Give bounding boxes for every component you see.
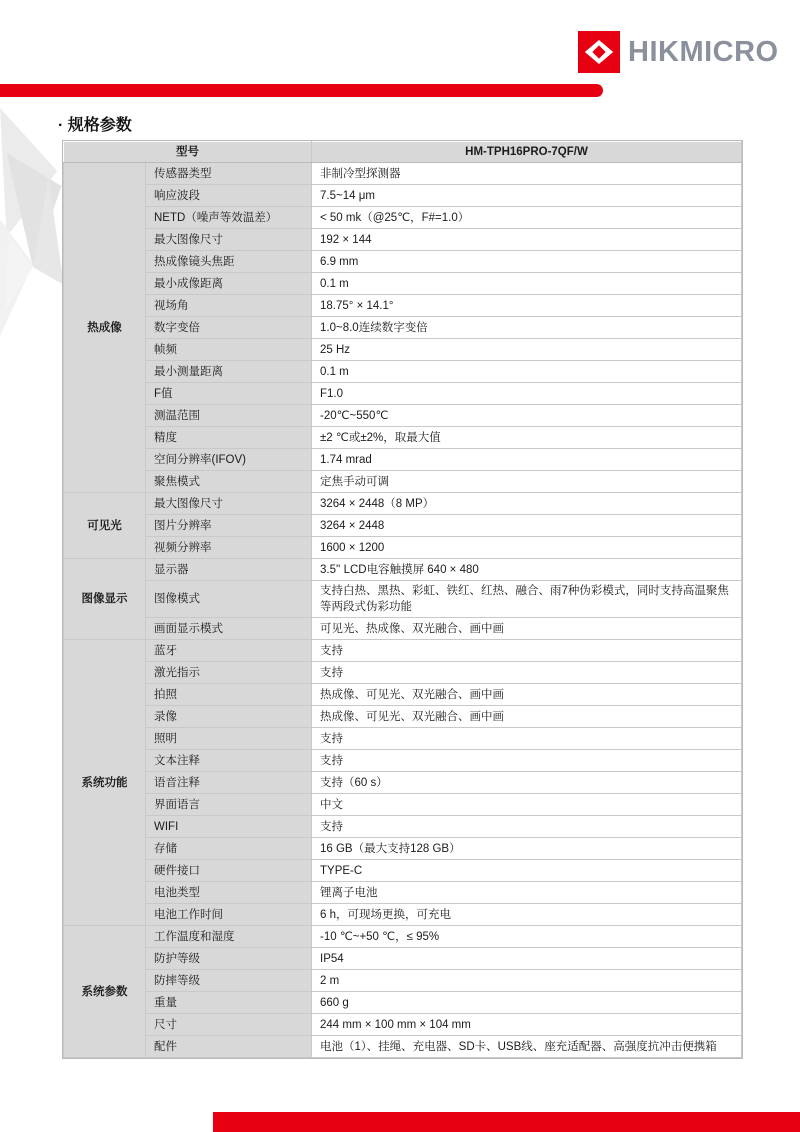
param-label-cell: 最小成像距离	[146, 273, 312, 295]
param-label-cell: 数字变倍	[146, 317, 312, 339]
param-value-cell: 中文	[312, 794, 742, 816]
spec-row: 照明支持	[64, 728, 742, 750]
header-red-bar	[0, 84, 603, 97]
spec-row: 图像显示显示器3.5'' LCD电容触摸屏 640 × 480	[64, 559, 742, 581]
param-value-cell: 25 Hz	[312, 339, 742, 361]
category-cell: 图像显示	[64, 559, 146, 640]
param-value-cell: 支持	[312, 816, 742, 838]
spec-row: 重量660 g	[64, 992, 742, 1014]
model-header-label: 型号	[64, 142, 312, 163]
param-value-cell: 2 m	[312, 970, 742, 992]
spec-table: 型号 HM-TPH16PRO-7QF/W 热成像传感器类型非制冷型探测器响应波段…	[63, 141, 742, 1058]
param-label-cell: 图像模式	[146, 581, 312, 618]
section-title: · 规格参数	[58, 112, 132, 135]
param-value-cell: 可见光、热成像、双光融合、画中画	[312, 618, 742, 640]
param-value-cell: IP54	[312, 948, 742, 970]
param-label-cell: WIFI	[146, 816, 312, 838]
param-label-cell: 视场角	[146, 295, 312, 317]
param-value-cell: 支持	[312, 750, 742, 772]
category-cell: 系统参数	[64, 926, 146, 1058]
spec-row: 激光指示支持	[64, 662, 742, 684]
hikmicro-eye-icon	[578, 31, 620, 73]
spec-row: 图像模式支持白热、黑热、彩虹、铁红、红热、融合、雨7种伪彩模式，同时支持高温聚焦…	[64, 581, 742, 618]
param-value-cell: 3264 × 2448	[312, 515, 742, 537]
spec-row: 聚焦模式定焦手动可调	[64, 471, 742, 493]
param-label-cell: 重量	[146, 992, 312, 1014]
param-value-cell: 定焦手动可调	[312, 471, 742, 493]
spec-sheet-page: HIKMICRO · 规格参数 型号 HM-TPH16PRO-7QF/W 热成像…	[0, 0, 800, 1132]
param-label-cell: 防摔等级	[146, 970, 312, 992]
table-header-row: 型号 HM-TPH16PRO-7QF/W	[64, 142, 742, 163]
param-label-cell: 精度	[146, 427, 312, 449]
param-value-cell: ±2 ℃或±2%，取最大值	[312, 427, 742, 449]
spec-row: WIFI支持	[64, 816, 742, 838]
spec-row: 可见光最大图像尺寸3264 × 2448（8 MP）	[64, 493, 742, 515]
brand-logo-text: HIKMICRO	[628, 31, 779, 73]
category-cell: 系统功能	[64, 640, 146, 926]
param-value-cell: -20℃~550℃	[312, 405, 742, 427]
spec-row: 界面语言中文	[64, 794, 742, 816]
spec-row: 电池类型锂离子电池	[64, 882, 742, 904]
param-value-cell: 6.9 mm	[312, 251, 742, 273]
spec-row: 帧频25 Hz	[64, 339, 742, 361]
param-label-cell: 尺寸	[146, 1014, 312, 1036]
param-label-cell: 空间分辨率(IFOV)	[146, 449, 312, 471]
param-label-cell: 防护等级	[146, 948, 312, 970]
param-label-cell: 电池工作时间	[146, 904, 312, 926]
param-value-cell: 192 × 144	[312, 229, 742, 251]
param-label-cell: 画面显示模式	[146, 618, 312, 640]
spec-row: 最小成像距离0.1 m	[64, 273, 742, 295]
spec-row: 视场角18.75° × 14.1°	[64, 295, 742, 317]
param-label-cell: 存储	[146, 838, 312, 860]
spec-row: 热成像传感器类型非制冷型探测器	[64, 163, 742, 185]
param-value-cell: 热成像、可见光、双光融合、画中画	[312, 684, 742, 706]
param-label-cell: 硬件接口	[146, 860, 312, 882]
param-label-cell: 蓝牙	[146, 640, 312, 662]
param-label-cell: 视频分辨率	[146, 537, 312, 559]
param-label-cell: 界面语言	[146, 794, 312, 816]
param-value-cell: 3264 × 2448（8 MP）	[312, 493, 742, 515]
param-label-cell: 最大图像尺寸	[146, 229, 312, 251]
param-value-cell: 18.75° × 14.1°	[312, 295, 742, 317]
param-value-cell: -10 ℃~+50 ℃，≤ 95%	[312, 926, 742, 948]
spec-row: 配件电池（1）、挂绳、充电器、SD卡、USB线、座充适配器、高强度抗冲击便携箱	[64, 1036, 742, 1058]
param-value-cell: < 50 mk（@25℃，F#=1.0）	[312, 207, 742, 229]
param-label-cell: 传感器类型	[146, 163, 312, 185]
spec-row: 语音注释支持（60 s）	[64, 772, 742, 794]
spec-row: 最小测量距离0.1 m	[64, 361, 742, 383]
spec-row: 存储16 GB（最大支持128 GB）	[64, 838, 742, 860]
param-value-cell: 0.1 m	[312, 273, 742, 295]
param-label-cell: 测温范围	[146, 405, 312, 427]
param-label-cell: 工作温度和湿度	[146, 926, 312, 948]
param-value-cell: 7.5~14 μm	[312, 185, 742, 207]
spec-row: 系统参数工作温度和湿度-10 ℃~+50 ℃，≤ 95%	[64, 926, 742, 948]
param-value-cell: 6 h，可现场更换，可充电	[312, 904, 742, 926]
param-value-cell: 660 g	[312, 992, 742, 1014]
spec-row: 视频分辨率1600 × 1200	[64, 537, 742, 559]
spec-row: 文本注释支持	[64, 750, 742, 772]
param-label-cell: 拍照	[146, 684, 312, 706]
param-value-cell: 3.5'' LCD电容触摸屏 640 × 480	[312, 559, 742, 581]
param-label-cell: 帧频	[146, 339, 312, 361]
param-value-cell: 1600 × 1200	[312, 537, 742, 559]
spec-row: F值F1.0	[64, 383, 742, 405]
param-label-cell: 最小测量距离	[146, 361, 312, 383]
param-value-cell: 1.74 mrad	[312, 449, 742, 471]
param-value-cell: 支持（60 s）	[312, 772, 742, 794]
param-label-cell: 电池类型	[146, 882, 312, 904]
spec-row: 尺寸244 mm × 100 mm × 104 mm	[64, 1014, 742, 1036]
param-value-cell: 电池（1）、挂绳、充电器、SD卡、USB线、座充适配器、高强度抗冲击便携箱	[312, 1036, 742, 1058]
param-value-cell: TYPE-C	[312, 860, 742, 882]
param-value-cell: 热成像、可见光、双光融合、画中画	[312, 706, 742, 728]
spec-row: 防摔等级2 m	[64, 970, 742, 992]
param-label-cell: 配件	[146, 1036, 312, 1058]
spec-row: 热成像镜头焦距6.9 mm	[64, 251, 742, 273]
param-label-cell: F值	[146, 383, 312, 405]
spec-row: NETD（噪声等效温差）< 50 mk（@25℃，F#=1.0）	[64, 207, 742, 229]
spec-row: 数字变倍1.0~8.0连续数字变倍	[64, 317, 742, 339]
param-value-cell: 非制冷型探测器	[312, 163, 742, 185]
brand-logo: HIKMICRO	[578, 31, 779, 73]
spec-row: 画面显示模式可见光、热成像、双光融合、画中画	[64, 618, 742, 640]
param-label-cell: NETD（噪声等效温差）	[146, 207, 312, 229]
param-value-cell: F1.0	[312, 383, 742, 405]
spec-row: 最大图像尺寸192 × 144	[64, 229, 742, 251]
param-label-cell: 照明	[146, 728, 312, 750]
param-label-cell: 显示器	[146, 559, 312, 581]
footer-red-bar	[213, 1112, 800, 1132]
spec-row: 录像热成像、可见光、双光融合、画中画	[64, 706, 742, 728]
param-value-cell: 16 GB（最大支持128 GB）	[312, 838, 742, 860]
spec-row: 硬件接口TYPE-C	[64, 860, 742, 882]
spec-row: 响应波段7.5~14 μm	[64, 185, 742, 207]
param-label-cell: 热成像镜头焦距	[146, 251, 312, 273]
model-header-value: HM-TPH16PRO-7QF/W	[312, 142, 742, 163]
spec-row: 测温范围-20℃~550℃	[64, 405, 742, 427]
spec-row: 精度±2 ℃或±2%，取最大值	[64, 427, 742, 449]
param-label-cell: 录像	[146, 706, 312, 728]
param-value-cell: 支持白热、黑热、彩虹、铁红、红热、融合、雨7种伪彩模式，同时支持高温聚焦等两段式…	[312, 581, 742, 618]
spec-row: 拍照热成像、可见光、双光融合、画中画	[64, 684, 742, 706]
param-label-cell: 激光指示	[146, 662, 312, 684]
param-label-cell: 聚焦模式	[146, 471, 312, 493]
spec-row: 系统功能蓝牙支持	[64, 640, 742, 662]
spec-row: 电池工作时间6 h，可现场更换，可充电	[64, 904, 742, 926]
param-label-cell: 文本注释	[146, 750, 312, 772]
category-cell: 热成像	[64, 163, 146, 493]
param-value-cell: 支持	[312, 640, 742, 662]
spec-row: 防护等级IP54	[64, 948, 742, 970]
param-value-cell: 0.1 m	[312, 361, 742, 383]
param-label-cell: 图片分辨率	[146, 515, 312, 537]
spec-table-wrap: 型号 HM-TPH16PRO-7QF/W 热成像传感器类型非制冷型探测器响应波段…	[62, 140, 743, 1059]
param-label-cell: 最大图像尺寸	[146, 493, 312, 515]
param-label-cell: 语音注释	[146, 772, 312, 794]
param-value-cell: 锂离子电池	[312, 882, 742, 904]
spec-row: 空间分辨率(IFOV)1.74 mrad	[64, 449, 742, 471]
param-label-cell: 响应波段	[146, 185, 312, 207]
param-value-cell: 244 mm × 100 mm × 104 mm	[312, 1014, 742, 1036]
spec-row: 图片分辨率3264 × 2448	[64, 515, 742, 537]
category-cell: 可见光	[64, 493, 146, 559]
param-value-cell: 1.0~8.0连续数字变倍	[312, 317, 742, 339]
param-value-cell: 支持	[312, 662, 742, 684]
param-value-cell: 支持	[312, 728, 742, 750]
